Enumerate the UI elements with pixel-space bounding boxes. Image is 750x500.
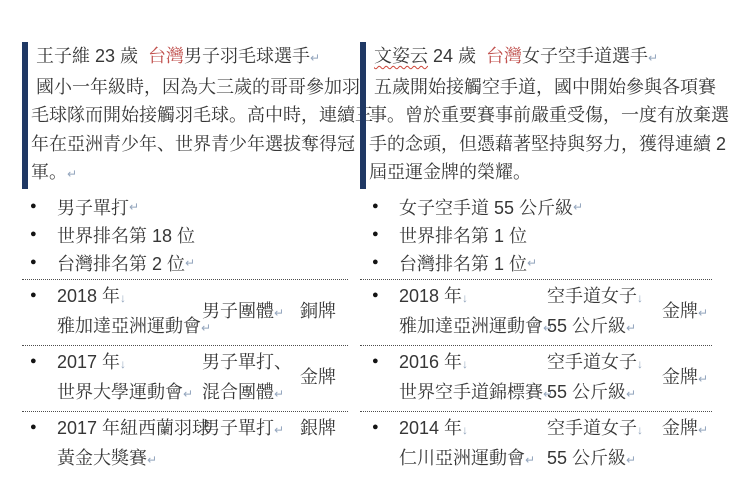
award-category-text: 空手道女子 xyxy=(547,352,637,372)
return-mark-icon: ↵ xyxy=(527,256,537,270)
bullet-icon: ● xyxy=(372,422,385,474)
return-mark-icon: ↵ xyxy=(274,423,284,437)
award-category-line: 55 公斤級↵ xyxy=(547,312,662,342)
fact-text: 台灣排名第 1 位 xyxy=(399,250,527,276)
dotted-divider xyxy=(22,279,348,280)
award-category-line: 混合團體↵ xyxy=(202,378,300,408)
return-mark-icon: ↵ xyxy=(274,306,284,320)
award-event-name: 仁川亞洲運動會↵ xyxy=(399,444,547,474)
return-mark-icon: ↵ xyxy=(147,453,157,467)
award-row: ● 2014 年↓ 仁川亞洲運動會↵ 空手道女子↓ 55 公斤級↵ 金牌↵ xyxy=(360,413,712,475)
fact-item: ●世界排名第 18 位 xyxy=(22,221,348,249)
fact-item: ●世界排名第 1 位 xyxy=(360,221,712,249)
dotted-divider xyxy=(360,279,712,280)
award-event-year-text: 2018 年 xyxy=(57,286,120,306)
intro-line: 軍。↵ xyxy=(31,158,348,189)
bullet-icon: ● xyxy=(30,422,43,474)
award-event-year: 2018 年↓ xyxy=(57,282,202,312)
intro-line: 五歲開始接觸空手道，國中開始參與各項賽 xyxy=(369,73,712,102)
award-event-name: 世界大學運動會↵ xyxy=(57,378,202,408)
award-row: ● 2018 年↓ 雅加達亞洲運動會↵ 空手道女子↓ 55 公斤級↵ 金牌↵ xyxy=(360,281,712,343)
award-event-year: 2016 年↓ xyxy=(399,348,547,378)
bullet-icon: ● xyxy=(372,290,385,342)
athlete-name: 文姿云 xyxy=(374,46,428,66)
intro-line: 手的念頭，但憑藉著堅持與努力，獲得連續 2 xyxy=(369,130,712,159)
line-break-mark-icon: ↓ xyxy=(637,423,643,437)
athlete-age: 24 歲 xyxy=(428,46,486,66)
line-break-mark-icon: ↓ xyxy=(462,291,468,305)
fact-text: 世界排名第 1 位 xyxy=(399,222,527,248)
award-category-text: 空手道女子 xyxy=(547,286,637,306)
award-medal: 金牌 xyxy=(300,348,348,408)
return-mark-icon: ↵ xyxy=(525,453,535,467)
award-row: ● 2017 年紐西蘭羽球 黃金大獎賽↵ 男子單打↵ 銀牌 xyxy=(22,413,348,475)
dotted-divider xyxy=(360,411,712,412)
award-medal: 金牌↵ xyxy=(662,348,712,408)
line-break-mark-icon: ↓ xyxy=(462,423,468,437)
award-row: ● 2016 年↓ 世界空手道錦標賽↵ 空手道女子↓ 55 公斤級↵ 金牌↵ xyxy=(360,347,712,409)
award-event-name: 黃金大獎賽↵ xyxy=(57,444,202,474)
award-medal-text: 銀牌 xyxy=(300,418,336,438)
award-category: 男子單打↵ xyxy=(202,414,300,474)
bullet-icon: ● xyxy=(372,201,385,212)
award-medal-text: 金牌 xyxy=(662,301,698,321)
award-event: 2014 年↓ 仁川亞洲運動會↵ xyxy=(399,414,547,474)
return-mark-icon: ↵ xyxy=(67,167,77,181)
fact-text: 台灣排名第 2 位 xyxy=(57,250,185,276)
bullet-icon: ● xyxy=(30,257,43,268)
award-event-year-text: 2017 年 xyxy=(57,352,120,372)
award-category-text: 空手道女子 xyxy=(547,418,637,438)
return-mark-icon: ↵ xyxy=(698,423,708,437)
intro-title-line: 王子維 23 歲 台灣男子羽毛球選手↵ xyxy=(31,42,348,73)
award-category-line: 男子團體↵ xyxy=(202,297,300,327)
award-event-year-text: 2017 年紐西蘭羽球 xyxy=(57,418,210,438)
bullet-icon: ● xyxy=(30,356,43,408)
award-medal-line: 金牌↵ xyxy=(662,297,712,327)
award-event-name-text: 仁川亞洲運動會 xyxy=(399,448,525,468)
intro-title-line: 文姿云 24 歲 台灣女子空手道選手↵ xyxy=(369,42,712,73)
award-category-text: 男子單打 xyxy=(202,418,274,438)
award-category-line: 55 公斤級↵ xyxy=(547,378,662,408)
award-medal: 金牌↵ xyxy=(662,414,712,474)
award-event-name: 世界空手道錦標賽↵ xyxy=(399,378,547,408)
award-medal: 銅牌 xyxy=(300,282,348,342)
fact-list: ●男子單打↵ ●世界排名第 18 位 ●台灣排名第 2 位↵ xyxy=(22,193,348,277)
fact-text: 女子空手道 55 公斤級 xyxy=(399,194,573,220)
award-event-name-text: 雅加達亞洲運動會 xyxy=(57,316,201,336)
bullet-icon: ● xyxy=(30,290,43,342)
award-event: 2018 年↓ 雅加達亞洲運動會↵ xyxy=(57,282,202,342)
award-category-line: 男子單打↵ xyxy=(202,414,300,444)
award-medal-text: 金牌 xyxy=(300,367,336,387)
athlete-profile-badminton: 王子維 23 歲 台灣男子羽毛球選手↵ 國小一年級時，因為大三歲的哥哥參加羽 毛… xyxy=(22,42,348,475)
award-event-name-text: 世界大學運動會 xyxy=(57,382,183,402)
award-event-year: 2017 年↓ xyxy=(57,348,202,378)
bullet-icon: ● xyxy=(372,257,385,268)
athlete-profile-karate: 文姿云 24 歲 台灣女子空手道選手↵ 五歲開始接觸空手道，國中開始參與各項賽 … xyxy=(360,42,712,475)
return-mark-icon: ↵ xyxy=(698,372,708,386)
return-mark-icon: ↵ xyxy=(626,387,636,401)
return-mark-icon: ↵ xyxy=(648,51,658,65)
award-category-text: 男子團體 xyxy=(202,301,274,321)
dotted-divider xyxy=(22,411,348,412)
award-medal-line: 銅牌 xyxy=(300,297,348,327)
return-mark-icon: ↵ xyxy=(626,453,636,467)
bullet-icon: ● xyxy=(372,356,385,408)
award-category-line: 男子單打、 xyxy=(202,348,300,378)
award-category-text: 55 公斤級 xyxy=(547,316,626,336)
fact-text: 世界排名第 18 位 xyxy=(57,222,195,248)
return-mark-icon: ↵ xyxy=(183,387,193,401)
award-medal-line: 金牌 xyxy=(300,363,348,393)
fact-item: ●女子空手道 55 公斤級↵ xyxy=(360,193,712,221)
award-category-text: 55 公斤級 xyxy=(547,448,626,468)
athlete-age: 23 歲 xyxy=(90,46,148,66)
line-break-mark-icon: ↓ xyxy=(462,357,468,371)
award-category: 空手道女子↓ 55 公斤級↵ xyxy=(547,414,662,474)
award-event-year-text: 2018 年 xyxy=(399,286,462,306)
athlete-name: 王子維 xyxy=(36,46,90,66)
award-event-year-text: 2016 年 xyxy=(399,352,462,372)
award-row: ● 2018 年↓ 雅加達亞洲運動會↵ 男子團體↵ 銅牌 xyxy=(22,281,348,343)
dotted-divider xyxy=(22,345,348,346)
award-category-text: 55 公斤級 xyxy=(547,382,626,402)
award-event-name: 雅加達亞洲運動會↵ xyxy=(399,312,547,342)
return-mark-icon: ↵ xyxy=(274,387,284,401)
line-break-mark-icon: ↓ xyxy=(637,357,643,371)
bullet-icon: ● xyxy=(30,201,43,212)
fact-item: ●台灣排名第 1 位↵ xyxy=(360,249,712,277)
award-medal-text: 銅牌 xyxy=(300,301,336,321)
award-category: 男子團體↵ xyxy=(202,282,300,342)
intro-paragraph: 王子維 23 歲 台灣男子羽毛球選手↵ 國小一年級時，因為大三歲的哥哥參加羽 毛… xyxy=(22,42,348,189)
nationality-highlight: 台灣 xyxy=(148,46,184,66)
award-medal-text: 金牌 xyxy=(662,367,698,387)
line-break-mark-icon: ↓ xyxy=(120,291,126,305)
intro-line: 屆亞運金牌的榮耀。 xyxy=(369,158,712,189)
award-category: 空手道女子↓ 55 公斤級↵ xyxy=(547,282,662,342)
intro-line-text: 軍。 xyxy=(31,162,67,182)
return-mark-icon: ↵ xyxy=(698,306,708,320)
return-mark-icon: ↵ xyxy=(185,256,195,270)
award-medal: 金牌↵ xyxy=(662,282,712,342)
return-mark-icon: ↵ xyxy=(573,200,583,214)
award-medal-line: 金牌↵ xyxy=(662,414,712,444)
bullet-icon: ● xyxy=(30,229,43,240)
award-event-year: 2014 年↓ xyxy=(399,414,547,444)
athlete-role: 男子羽毛球選手 xyxy=(184,46,310,66)
award-event-name: 雅加達亞洲運動會↵ xyxy=(57,312,202,342)
intro-line: 事。曾於重要賽事前嚴重受傷，一度有放棄選 xyxy=(369,101,712,130)
award-medal-line: 金牌↵ xyxy=(662,363,712,393)
award-event-year: 2018 年↓ xyxy=(399,282,547,312)
intro-line: 毛球隊而開始接觸羽毛球。高中時，連續三 xyxy=(31,101,348,130)
award-category-line: 空手道女子↓ xyxy=(547,414,662,444)
intro-line: 國小一年級時，因為大三歲的哥哥參加羽 xyxy=(31,73,348,102)
intro-line: 年在亞洲青少年、世界青少年選拔奪得冠 xyxy=(31,130,348,159)
bullet-icon: ● xyxy=(372,229,385,240)
fact-item: ●台灣排名第 2 位↵ xyxy=(22,249,348,277)
award-medal: 銀牌 xyxy=(300,414,348,474)
award-category: 男子單打、 混合團體↵ xyxy=(202,348,300,408)
line-break-mark-icon: ↓ xyxy=(637,291,643,305)
award-event-name-text: 世界空手道錦標賽 xyxy=(399,382,543,402)
award-event: 2016 年↓ 世界空手道錦標賽↵ xyxy=(399,348,547,408)
award-category-line: 55 公斤級↵ xyxy=(547,444,662,474)
return-mark-icon: ↵ xyxy=(626,321,636,335)
award-event-name-text: 黃金大獎賽 xyxy=(57,448,147,468)
award-category-line: 空手道女子↓ xyxy=(547,282,662,312)
fact-item: ●男子單打↵ xyxy=(22,193,348,221)
award-row: ● 2017 年↓ 世界大學運動會↵ 男子單打、 混合團體↵ 金牌 xyxy=(22,347,348,409)
intro-line-text: 屆亞運金牌的榮耀。 xyxy=(369,162,531,182)
award-event-name-text: 雅加達亞洲運動會 xyxy=(399,316,543,336)
award-category-text: 混合團體 xyxy=(202,382,274,402)
dotted-divider xyxy=(360,345,712,346)
fact-list: ●女子空手道 55 公斤級↵ ●世界排名第 1 位 ●台灣排名第 1 位↵ xyxy=(360,193,712,277)
award-medal-text: 金牌 xyxy=(662,418,698,438)
award-category: 空手道女子↓ 55 公斤級↵ xyxy=(547,348,662,408)
award-event: 2017 年紐西蘭羽球 黃金大獎賽↵ xyxy=(57,414,202,474)
award-category-text: 男子單打、 xyxy=(202,352,292,372)
award-category-line: 空手道女子↓ xyxy=(547,348,662,378)
award-medal-line: 銀牌 xyxy=(300,414,348,444)
nationality-highlight: 台灣 xyxy=(486,46,522,66)
award-event: 2017 年↓ 世界大學運動會↵ xyxy=(57,348,202,408)
award-event: 2018 年↓ 雅加達亞洲運動會↵ xyxy=(399,282,547,342)
award-event-year-text: 2014 年 xyxy=(399,418,462,438)
return-mark-icon: ↵ xyxy=(129,200,139,214)
athlete-role: 女子空手道選手 xyxy=(522,46,648,66)
return-mark-icon: ↵ xyxy=(310,51,320,65)
award-event-year: 2017 年紐西蘭羽球 xyxy=(57,414,202,444)
line-break-mark-icon: ↓ xyxy=(120,357,126,371)
fact-text: 男子單打 xyxy=(57,194,129,220)
intro-paragraph: 文姿云 24 歲 台灣女子空手道選手↵ 五歲開始接觸空手道，國中開始參與各項賽 … xyxy=(360,42,712,189)
